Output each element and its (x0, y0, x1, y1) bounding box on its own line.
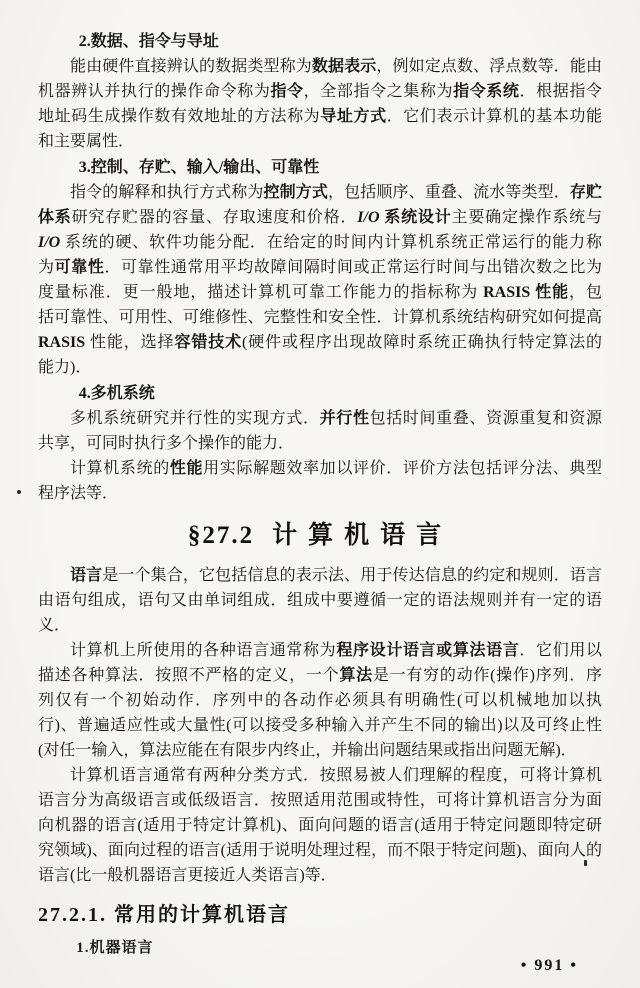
text-line: 语言是一个集合，它包括信息的表示法、用于传达信息的约定和规则．语言 (38, 563, 602, 588)
paragraph: 计算机系统的性能用实际解题效率加以评价．评价方法包括评分法、典型程序法等． (38, 456, 602, 506)
paragraph: 计算机上所使用的各种语言通常称为程序设计语言或算法语言．它们用以描述各种算法．按… (38, 638, 602, 763)
numbered-item-heading: 1.机器语言 (38, 936, 602, 961)
paragraph: 能由硬件直接辨认的数据类型称为数据表示，例如定点数、浮点数等．能由机器辨认并执行… (38, 54, 602, 154)
text-line: 括可靠性、可用性、可维修性、完整性和安全性．计算机系统结构研究如何提高 (38, 305, 602, 330)
text-line: 地址码生成操作数有效地址的方法称为导址方式．它们表示计算机的基本功能 (38, 104, 602, 129)
text-line: 语言分为高级语言或低级语言．按照适用范围或特性，可将计算机语言分为面 (38, 788, 602, 813)
text-line: 列仅有一个初始动作．序列中的各动作必须具有明确性(可以机械地加以执 (38, 688, 602, 713)
text-line: 向机器的语言(适用于特定计算机)、面向问题的语言(适用于特定问题即特定研 (38, 813, 602, 838)
text-line: 共享，可同时执行多个操作的能力． (38, 431, 602, 456)
numbered-item-heading: 4.多机系统 (38, 381, 602, 406)
section-number: §27.2 (188, 522, 254, 549)
text-line: 为可靠性．可靠性通常用平均故障间隔时间或正常运行时间与出错次数之比为 (38, 255, 602, 280)
page-number: • 991 • (521, 957, 578, 975)
paragraph: 指令的解释和执行方式称为控制方式，包括顺序、重叠、流水等类型．存贮体系研究存贮器… (38, 180, 602, 380)
paragraph: 语言是一个集合，它包括信息的表示法、用于传达信息的约定和规则．语言由语句组成，语… (38, 563, 602, 638)
text-line: 程序法等． (38, 481, 602, 506)
numbered-item-heading: 2.数据、指令与导址 (38, 29, 602, 54)
text-line: 究领域)、面向过程的语言(适用于说明处理过程，而不限于特定问题)、面向人的 (38, 838, 602, 863)
text-line: 义． (38, 613, 602, 638)
text-line: 体系研究存贮器的容量、存取速度和价格．I/O 系统设计主要确定操作系统与 (38, 205, 602, 230)
scanned-book-page: 2.数据、指令与导址能由硬件直接辨认的数据类型称为数据表示，例如定点数、浮点数等… (0, 0, 640, 988)
numbered-item-heading: 3.控制、存贮、输入/输出、可靠性 (38, 155, 602, 180)
text-line: 度量标准．更一般地，描述计算机可靠工作能力的指标称为 RASIS 性能，包 (38, 280, 602, 305)
text-line: 能由硬件直接辨认的数据类型称为数据表示，例如定点数、浮点数等．能由 (38, 54, 602, 79)
scan-speck (584, 860, 587, 866)
text-line: I/O 系统的硬、软件功能分配．在给定的时间内计算机系统正常运行的能力称 (38, 230, 602, 255)
paragraph: 多机系统研究并行性的实现方式．并行性包括时间重叠、资源重复和资源共享，可同时执行… (38, 406, 602, 456)
text-line: 行)、普遍适应性或大量性(可以接受多种输入并产生不同的输出)以及可终止性 (38, 713, 602, 738)
text-line: 能力)． (38, 355, 602, 380)
section-title: 计算机语言 (272, 522, 452, 549)
text-line: 由语句组成，语句又由单词组成．组成中要遵循一定的语法规则并有一定的语 (38, 588, 602, 613)
text-line: 机器辨认并执行的操作命令称为指令，全部指令之集称为指令系统．根据指令 (38, 79, 602, 104)
text-line: 指令的解释和执行方式称为控制方式，包括顺序、重叠、流水等类型．存贮 (38, 180, 602, 205)
subsection-heading: 27.2.1. 常用的计算机语言 (38, 901, 602, 929)
text-line: 计算机系统的性能用实际解题效率加以评价．评价方法包括评分法、典型 (38, 456, 602, 481)
text-line: 计算机上所使用的各种语言通常称为程序设计语言或算法语言．它们用以 (38, 638, 602, 663)
text-line: 描述各种算法．按照不严格的定义，一个算法是一有穷的动作(操作)序列．序 (38, 663, 602, 688)
text-line: RASIS 性能，选择容错技术(硬件或程序出现故障时系统正确执行特定算法的 (38, 330, 602, 355)
section-heading: §27.2计算机语言 (38, 520, 602, 552)
text-line: 语言(比一般机器语言更接近人类语言)等． (38, 863, 602, 888)
text-line: 多机系统研究并行性的实现方式．并行性包括时间重叠、资源重复和资源 (38, 406, 602, 431)
text-line: 和主要属性． (38, 129, 602, 154)
text-line: 计算机语言通常有两种分类方式．按照易被人们理解的程度，可将计算机 (38, 763, 602, 788)
paragraph: 计算机语言通常有两种分类方式．按照易被人们理解的程度，可将计算机语言分为高级语言… (38, 763, 602, 888)
scan-speck (17, 490, 21, 494)
text-line: (对任一输入，算法应能在有限步内终止，并输出问题结果或指出问题无解)． (38, 738, 602, 763)
page-content: 2.数据、指令与导址能由硬件直接辨认的数据类型称为数据表示，例如定点数、浮点数等… (38, 28, 602, 961)
